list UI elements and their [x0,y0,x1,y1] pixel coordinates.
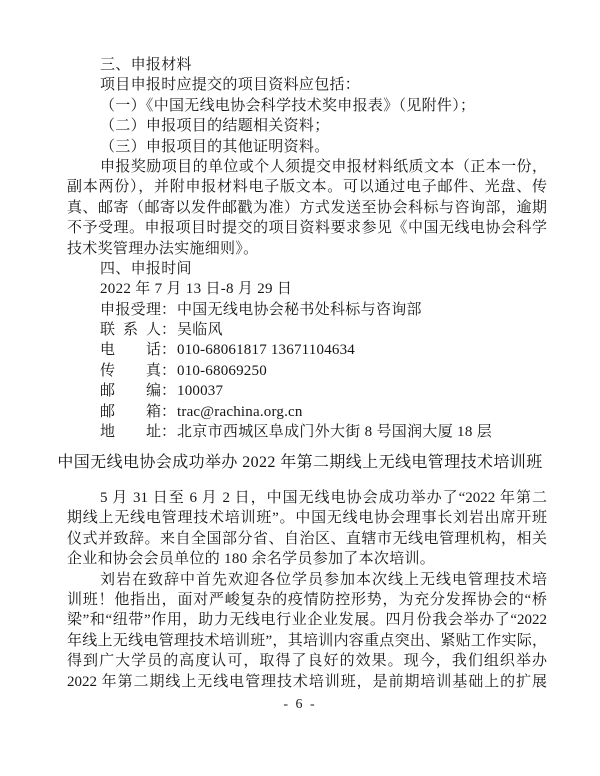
contact-list: 申报受理：中国无线电协会秘书处科标与咨询部 联 系 人：吴临风 电 话：010-… [67,300,547,443]
paragraph-line: 刘岩在致辞中首先欢迎各位学员参加本次线上无线电管理技术培 [67,570,547,590]
contact-row-postcode: 邮 编：100037 [67,381,547,401]
contact-row-email: 邮 箱：trac@rachina.org.cn [67,402,547,422]
contact-separator: ： [161,320,177,340]
paragraph-line: 申报奖励项目的单位或个人须提交申报材料纸质文本（正本一份， [67,157,547,177]
contact-value: 中国无线电协会秘书处科标与咨询部 [177,302,422,318]
contact-row-fax: 传 真：010-68069250 [67,361,547,381]
contact-label: 地 址 [100,422,161,442]
contact-value: 100037 [177,383,223,399]
document-page: 三、申报材料 项目申报时应提交的项目资料应包括： （一）《中国无线电协会科学技术… [0,0,600,776]
article-title: 中国无线电协会成功举办 2022 年第二期线上无线电管理技术培训班 [0,453,600,473]
contact-label: 邮 编 [100,381,161,401]
paragraph-line: 梁”和“纽带”作用，助力无线电行业企业发展。四月份我会举办了“2022 [67,610,547,630]
contact-label: 联 系 人 [100,320,161,340]
paragraph-line: 真、邮寄（邮寄以发件邮戳为准）方式发送至协会科标与咨询部，逾期 [67,198,547,218]
material-item-3: （三）申报项目的其他证明资料。 [67,137,547,157]
contact-label: 传 真 [100,361,161,381]
contact-label: 邮 箱 [100,402,161,422]
paragraph-line: 仪式并致辞。来自全国部分省、自治区、直辖市无线电管理机构，相关 [67,529,547,549]
contact-label: 申报受理 [100,300,161,320]
paragraph-line: 副本两份），并附申报材料电子版文本。可以通过电子邮件、光盘、传 [67,177,547,197]
section-3-intro: 项目申报时应提交的项目资料应包括： [67,75,547,95]
material-item-2: （二）申报项目的结题相关资料； [67,116,547,136]
submission-paragraph: 申报奖励项目的单位或个人须提交申报材料纸质文本（正本一份， 副本两份），并附申报… [67,157,547,259]
contact-separator: ： [161,340,177,360]
article-paragraph-2: 刘岩在致辞中首先欢迎各位学员参加本次线上无线电管理技术培 训班！他指出，面对严峻… [67,570,547,692]
application-info-block: 三、申报材料 项目申报时应提交的项目资料应包括： （一）《中国无线电协会科学技术… [67,55,547,442]
paragraph-line: 2022 年第二期线上无线电管理技术培训班，是前期培训基础上的扩展 [67,672,547,692]
paragraph-line: 训班！他指出，面对严峻复杂的疫情防控形势，为充分发挥协会的“桥 [67,590,547,610]
contact-email: trac@rachina.org.cn [177,404,303,420]
paragraph-line: 期线上无线电管理技术培训班”。中国无线电协会理事长刘岩出席开班 [67,508,547,528]
contact-value: 010-68061817 13671104634 [177,342,355,358]
article-body: 5 月 31 日至 6 月 2 日，中国无线电协会成功举办了“2022 年第二 … [67,488,547,692]
contact-separator: ： [161,300,177,320]
article-paragraph-1: 5 月 31 日至 6 月 2 日，中国无线电协会成功举办了“2022 年第二 … [67,488,547,570]
contact-row-office: 申报受理：中国无线电协会秘书处科标与咨询部 [67,300,547,320]
contact-separator: ： [161,381,177,401]
paragraph-line: 年线上无线电管理技术培训班”，其培训内容重点突出、紧贴工作实际， [67,631,547,651]
paragraph-line: 技术奖管理办法实施细则》。 [67,239,547,259]
contact-separator: ： [161,422,177,442]
contact-label: 电 话 [100,340,161,360]
contact-value: 北京市西城区阜成门外大街 8 号国润大厦 18 层 [177,424,492,440]
paragraph-line: 企业和协会会员单位的 180 余名学员参加了本次培训。 [67,549,547,569]
section-4-heading: 四、申报时间 [67,259,547,279]
contact-value: 吴临风 [177,322,223,338]
contact-value: 010-68069250 [177,363,267,379]
contact-separator: ： [161,361,177,381]
paragraph-line: 得到广大学员的高度认可，取得了良好的效果。现今，我们组织举办 [67,651,547,671]
contact-row-phone: 电 话：010-68061817 13671104634 [67,340,547,360]
section-3-heading: 三、申报材料 [67,55,547,75]
contact-separator: ： [161,402,177,422]
page-number: - 6 - [0,696,600,714]
date-range: 2022 年 7 月 13 日-8 月 29 日 [67,279,547,299]
contact-row-person: 联 系 人：吴临风 [67,320,547,340]
contact-row-address: 地 址：北京市西城区阜成门外大街 8 号国润大厦 18 层 [67,422,547,442]
paragraph-line: 5 月 31 日至 6 月 2 日，中国无线电协会成功举办了“2022 年第二 [67,488,547,508]
material-item-1: （一）《中国无线电协会科学技术奖申报表》（见附件）； [67,96,547,116]
paragraph-line: 不予受理。申报项目时提交的项目资料要求参见《中国无线电协会科学 [67,218,547,238]
